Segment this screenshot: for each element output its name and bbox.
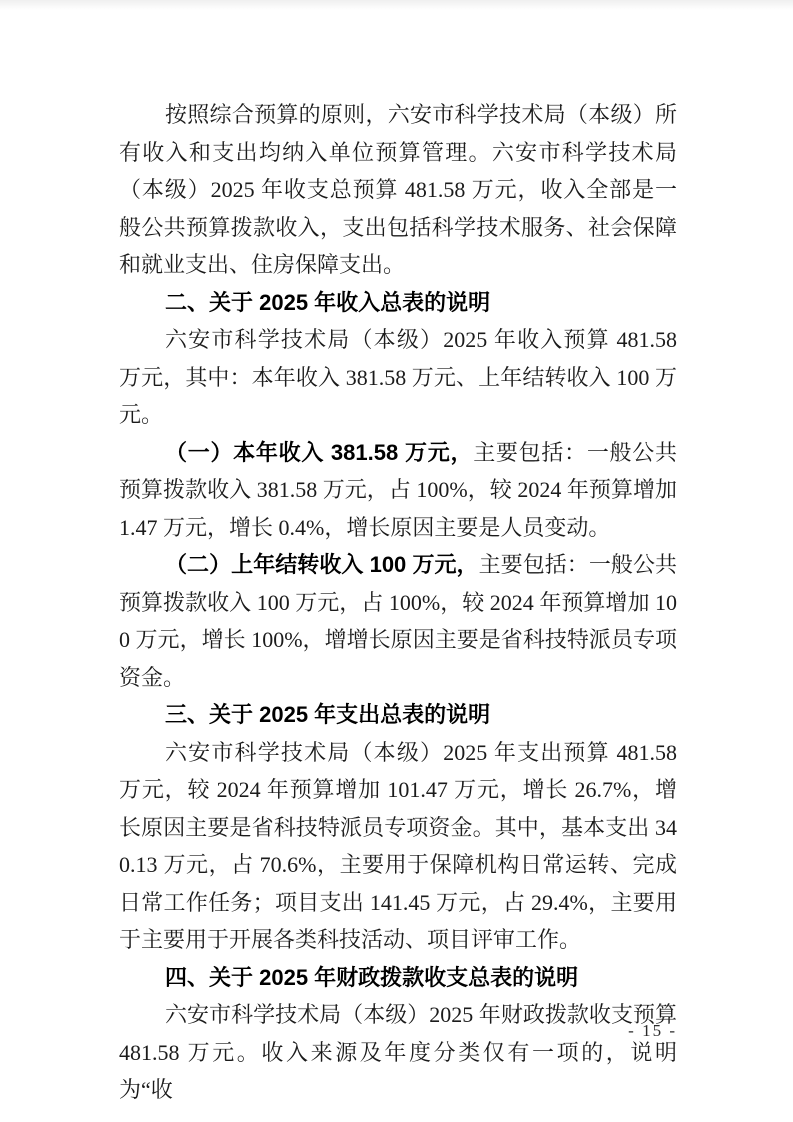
paragraph: 六安市科学技术局（本级）2025 年财政拨款收支预算 481.58 万元。收入来…	[119, 996, 677, 1109]
section-heading: 二、关于 2025 年收入总表的说明	[119, 284, 677, 322]
page-number: - 15 -	[0, 1021, 677, 1041]
paragraph: 六安市科学技术局（本级）2025 年收入预算 481.58 万元，其中：本年收入…	[119, 321, 677, 434]
section-heading: 四、关于 2025 年财政拨款收支总表的说明	[119, 959, 677, 997]
paragraph: （一）本年收入 381.58 万元，主要包括：一般公共预算拨款收入 381.58…	[119, 434, 677, 547]
paragraph-lead: （二）上年结转收入 100 万元，	[165, 552, 479, 577]
document-page: 按照综合预算的原则，六安市科学技术局（本级）所有收入和支出均纳入单位预算管理。六…	[0, 0, 793, 1122]
paragraph: （二）上年结转收入 100 万元，主要包括：一般公共预算拨款收入 100 万元，…	[119, 546, 677, 696]
paragraph: 按照综合预算的原则，六安市科学技术局（本级）所有收入和支出均纳入单位预算管理。六…	[119, 96, 677, 284]
paragraph: 六安市科学技术局（本级）2025 年支出预算 481.58 万元，较 2024 …	[119, 734, 677, 959]
paragraph-lead: （一）本年收入 381.58 万元，	[165, 440, 473, 465]
document-body: 按照综合预算的原则，六安市科学技术局（本级）所有收入和支出均纳入单位预算管理。六…	[119, 96, 677, 1109]
page-top-edge-shadow	[0, 0, 793, 10]
section-heading: 三、关于 2025 年支出总表的说明	[119, 696, 677, 734]
